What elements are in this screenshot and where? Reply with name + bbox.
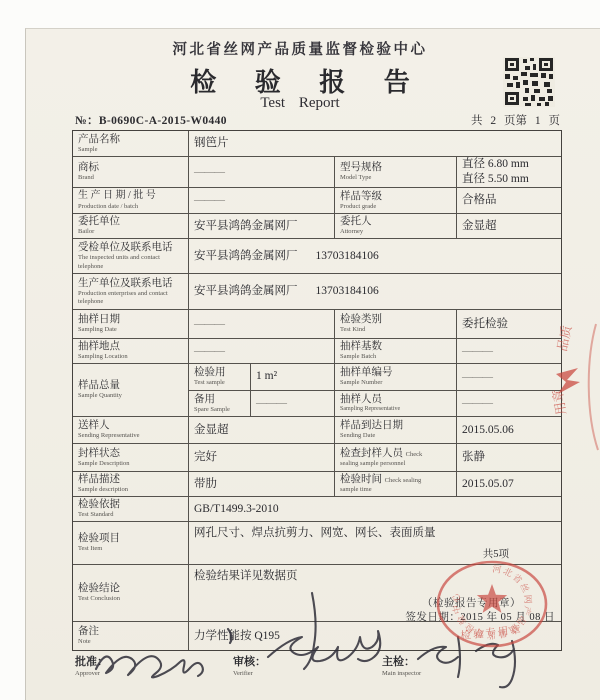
row-brand-model: 商标 Brand ——— 型号规格 Model Type 直径 6.80 mm …: [73, 157, 561, 188]
row-bailor-attorney: 委托单位 Bailor 安平县鸿鸽金属网厂 委托人 Attorney 金显超: [73, 214, 561, 239]
sample-quantity-subtable: 检验用 Test sample 1 m² 抽样单编号 Sample Number…: [189, 364, 561, 416]
row-production-grade: 生 产 日 期 / 批 号 Production date / batch ——…: [73, 188, 561, 214]
label-product-grade: 样品等级 Product grade: [335, 188, 457, 213]
label-test-kind: 检验类别 Test Kind: [335, 310, 457, 338]
label-bailor: 委托单位 Bailor: [73, 214, 189, 238]
inspector-block: 主检： Main inspector: [382, 652, 421, 677]
value-test-kind: 委托检验: [457, 310, 561, 338]
production-enterprise-name: 安平县鸿鸽金属网厂: [194, 285, 298, 297]
label-check-time: 检验时间 Check sealing sample time: [335, 472, 457, 496]
row-product-name: 产品名称 Sample 钢笆片: [73, 131, 561, 157]
inspected-units-phone: 13703184106: [316, 250, 379, 262]
value-production-date: ———: [189, 188, 335, 213]
label-model-type: 型号规格 Model Type: [335, 157, 457, 187]
label-inspected-units: 受检单位及联系电话 The inspected units and contac…: [73, 239, 189, 273]
value-attorney: 金显超: [457, 214, 561, 238]
label-note: 备注 Note: [73, 622, 189, 650]
label-production-date: 生 产 日 期 / 批 号 Production date / batch: [73, 188, 189, 213]
value-test-standard: GB/T1499.3-2010: [189, 497, 561, 521]
value-check-personnel: 张静: [457, 444, 561, 471]
label-check-personnel: 检查封样人员 Check sealing sample personnel: [335, 444, 457, 471]
label-product-name: 产品名称 Sample: [73, 131, 189, 156]
label-sampling-location: 抽样地点 Sampling Location: [73, 339, 189, 363]
approver-block: 批准： Approver: [75, 652, 108, 677]
row-sample-quantity: 样品总量 Sample Quantity 检验用 Test sample 1 m…: [73, 364, 561, 417]
edge-seal-fragment: 品质 用章: [552, 322, 600, 452]
value-production-enterprise: 安平县鸿鸽金属网厂13703184106: [189, 274, 561, 309]
label-sample-quantity: 样品总量 Sample Quantity: [73, 364, 189, 416]
subrow-spare-sample: 备用 Spare Sample ——— 抽样人员 Sampling Repres…: [189, 391, 561, 417]
label-sample-batch: 抽样基数 Sample Batch: [335, 339, 457, 363]
value-model-type: 直径 6.80 mm 直径 5.50 mm: [457, 157, 561, 187]
value-spare-sample: ———: [251, 391, 335, 417]
check-personnel-zh: 检查封样人员: [340, 448, 403, 459]
label-sample-state: 封样状态 Sample Description: [73, 444, 189, 471]
value-product-grade: 合格品: [457, 188, 561, 213]
report-number-value: B-0690C-A-2015-W0440: [99, 115, 227, 127]
inspector-label: 主检：: [382, 656, 415, 668]
label-test-standard: 检验依据 Test Standard: [73, 497, 189, 521]
org-name: 河北省丝网产品质量监督检验中心: [0, 38, 600, 59]
value-sampling-date: ———: [189, 310, 335, 338]
label-sample-number: 抽样单编号 Sample Number: [335, 364, 457, 390]
label-brand: 商标 Brand: [73, 157, 189, 187]
report-number: №：B-0690C-A-2015-W0440: [75, 112, 227, 128]
seal-star-icon: [477, 584, 507, 613]
value-bailor: 安平县鸿鸽金属网厂: [189, 214, 335, 238]
value-sample-batch: ———: [457, 339, 561, 363]
label-arrival-date: 样品到达日期 Sending Date: [335, 417, 457, 443]
value-sample-state: 完好: [189, 444, 335, 471]
inspection-seal-stamp: 河北省丝网产品质量监督检验中心 检验专用章: [434, 558, 550, 650]
label-conclusion: 检验结论 Test Conclusion: [73, 565, 189, 621]
label-attorney: 委托人 Attorney: [335, 214, 457, 238]
approver-label: 批准：: [75, 656, 108, 668]
label-sample-desc: 样品描述 Sample description: [73, 472, 189, 496]
value-sampling-representative: ———: [457, 391, 561, 417]
value-sending-representative: 金显超: [189, 417, 335, 443]
value-sampling-location: ———: [189, 339, 335, 363]
value-product-name: 钢笆片: [189, 131, 561, 156]
row-sample-state: 封样状态 Sample Description 完好 检查封样人员 Check …: [73, 444, 561, 472]
production-enterprise-phone: 13703184106: [316, 285, 379, 297]
page-count: 共 2 页第 1 页: [469, 112, 562, 131]
row-sampling-location: 抽样地点 Sampling Location ——— 抽样基数 Sample B…: [73, 339, 561, 364]
subrow-test-sample: 检验用 Test sample 1 m² 抽样单编号 Sample Number…: [189, 364, 561, 391]
check-time-zh: 检验时间: [340, 474, 382, 485]
value-sample-number: ———: [457, 364, 561, 390]
scanned-report-page: 河北省丝网产品质量监督检验中心 检 验 报 告 Test Report №：B-…: [0, 0, 600, 700]
qr-code-icon: [503, 57, 555, 107]
value-test-sample: 1 m²: [251, 364, 335, 390]
row-production-enterprise: 生产单位及联系电话 Production enterprises and con…: [73, 274, 561, 310]
row-sample-desc: 样品描述 Sample description 带肋 检验时间 Check se…: [73, 472, 561, 497]
label-test-sample: 检验用 Test sample: [189, 364, 251, 390]
value-sample-desc: 带肋: [189, 472, 335, 496]
edge-seal-text-bottom: 用章: [552, 388, 569, 416]
label-spare-sample: 备用 Spare Sample: [189, 391, 251, 417]
inspected-units-name: 安平县鸿鸽金属网厂: [194, 250, 298, 262]
value-arrival-date: 2015.05.06: [457, 417, 561, 443]
label-test-item: 检验项目 Test Item: [73, 522, 189, 564]
value-check-time: 2015.05.07: [457, 472, 561, 496]
row-test-standard: 检验依据 Test Standard GB/T1499.3-2010: [73, 497, 561, 522]
verifier-block: 审核： Verifier: [233, 652, 266, 677]
row-sending: 送样人 Sending Representative 金显超 样品到达日期 Se…: [73, 417, 561, 444]
value-brand: ———: [189, 157, 335, 187]
edge-seal-text-top: 品质: [554, 324, 574, 353]
label-sending-representative: 送样人 Sending Representative: [73, 417, 189, 443]
row-inspected-units: 受检单位及联系电话 The inspected units and contac…: [73, 239, 561, 274]
label-production-enterprise: 生产单位及联系电话 Production enterprises and con…: [73, 274, 189, 309]
report-number-label: №：: [75, 115, 99, 127]
value-inspected-units: 安平县鸿鸽金属网厂13703184106: [189, 239, 561, 273]
check-time-en1: Check sealing: [385, 477, 422, 484]
label-sampling-date: 抽样日期 Sampling Date: [73, 310, 189, 338]
verifier-label: 审核：: [233, 656, 266, 668]
row-sampling-date: 抽样日期 Sampling Date ——— 检验类别 Test Kind 委托…: [73, 310, 561, 339]
check-personnel-en1: Check: [406, 451, 423, 458]
label-sampling-representative: 抽样人员 Sampling Representative: [335, 391, 457, 417]
